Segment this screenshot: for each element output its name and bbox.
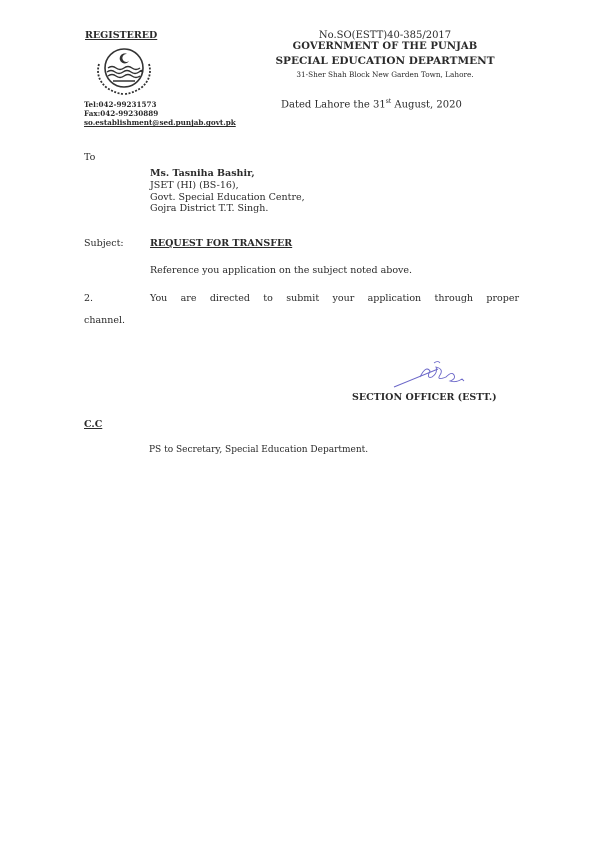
fax: Fax:042-99230889 bbox=[84, 109, 236, 118]
paragraph-2-number: 2. bbox=[84, 293, 93, 304]
recipient-office: Govt. Special Education Centre, bbox=[150, 192, 305, 204]
registered-label: REGISTERED bbox=[85, 30, 157, 41]
subject-text: REQUEST FOR TRANSFER bbox=[150, 238, 292, 249]
reference-number: No.SO(ESTT)40-385/2017 bbox=[250, 30, 520, 41]
signatory-title: SECTION OFFICER (ESTT.) bbox=[352, 392, 497, 403]
paragraph-2-continuation: channel. bbox=[84, 315, 125, 326]
paragraph-2-text: You are directed to submit your applicat… bbox=[150, 293, 519, 304]
contact-block: Tel:042-99231573 Fax:042-99230889 so.est… bbox=[84, 100, 236, 128]
government-heading: GOVERNMENT OF THE PUNJAB bbox=[250, 41, 520, 52]
telephone: Tel:042-99231573 bbox=[84, 100, 236, 109]
punjab-emblem-icon bbox=[91, 44, 157, 96]
subject-label: Subject: bbox=[84, 238, 124, 249]
recipient-name: Ms. Tasniha Bashir, bbox=[150, 168, 305, 180]
recipient-designation: JSET (HI) (BS-16), bbox=[150, 180, 305, 192]
department-address: 31-Sher Shah Block New Garden Town, Laho… bbox=[250, 70, 520, 79]
email-link[interactable]: so.establishment@sed.punjab.govt.pk bbox=[84, 118, 236, 127]
date-prefix: Dated Lahore the 31 bbox=[281, 99, 386, 110]
reference-paragraph: Reference you application on the subject… bbox=[150, 265, 412, 276]
recipient-location: Gojra District T.T. Singh. bbox=[150, 203, 305, 215]
date-line: Dated Lahore the 31st August, 2020 bbox=[281, 98, 462, 110]
recipient-address: Ms. Tasniha Bashir, JSET (HI) (BS-16), G… bbox=[150, 168, 305, 215]
date-rest: August, 2020 bbox=[391, 99, 462, 110]
cc-recipient: PS to Secretary, Special Education Depar… bbox=[149, 445, 368, 455]
department-heading: SPECIAL EDUCATION DEPARTMENT bbox=[250, 55, 520, 67]
signature-icon bbox=[390, 355, 480, 390]
to-label: To bbox=[84, 152, 95, 163]
cc-label: C.C bbox=[84, 419, 102, 430]
